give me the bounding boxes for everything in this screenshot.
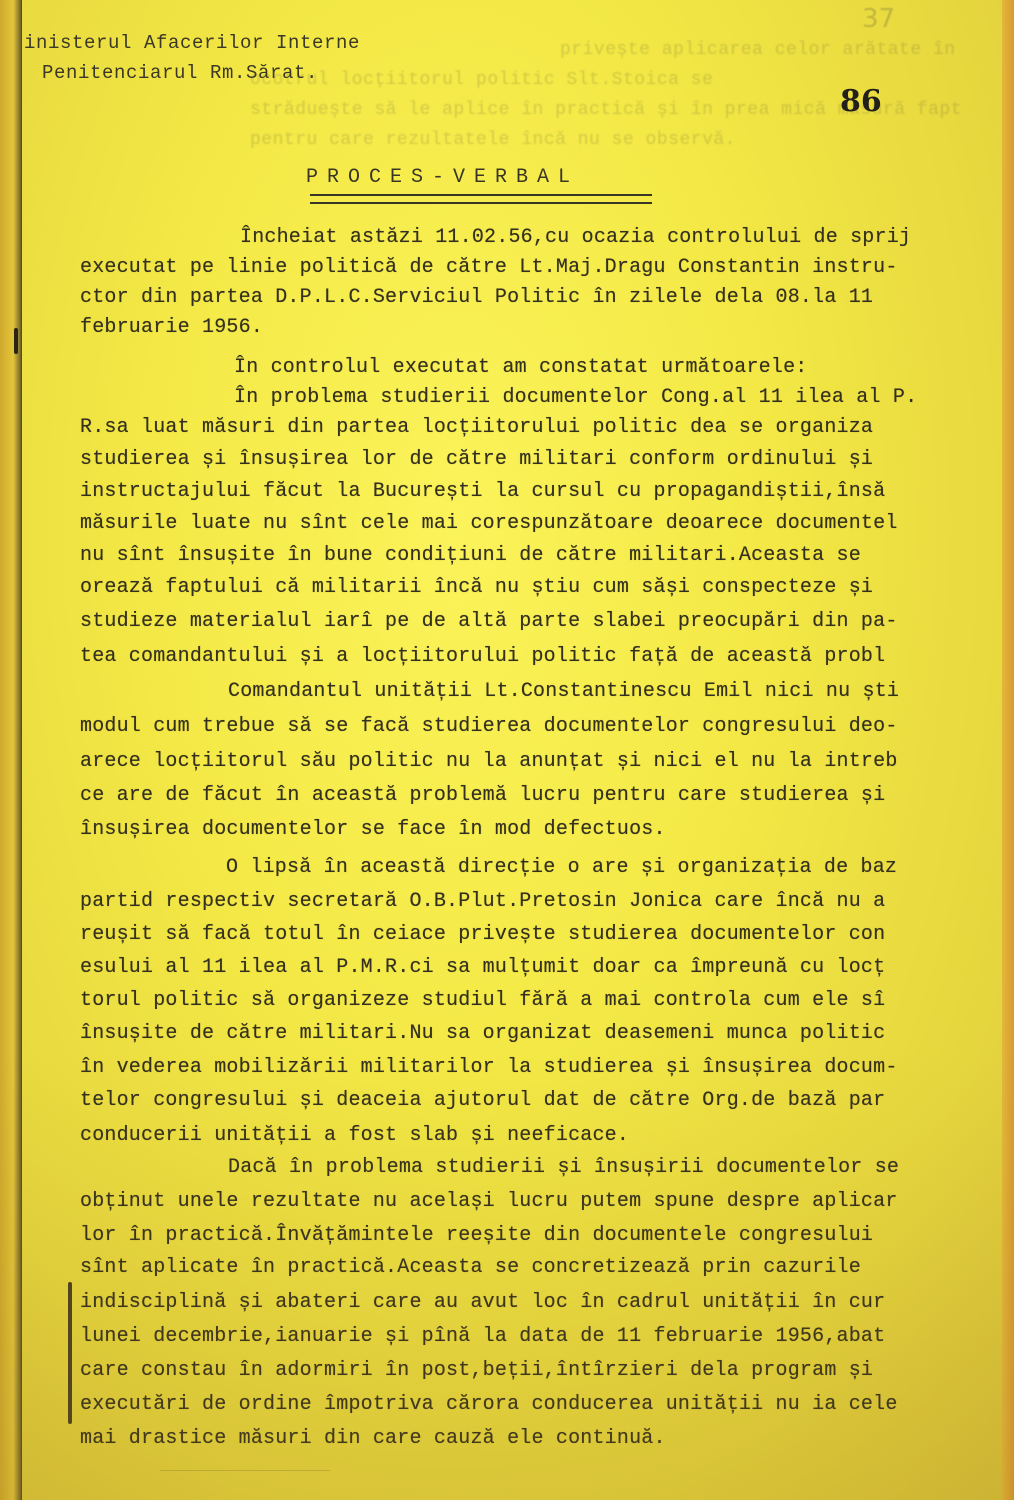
ministry-header: inisterul Afacerilor Interne: [24, 32, 360, 54]
body-line: Comandantul unității Lt.Constantinescu E…: [228, 680, 899, 703]
body-line: esului al 11 ilea al P.M.R.ci sa mulțumi…: [80, 956, 885, 979]
ghost-text-line: pentru care rezultatele încă nu se obser…: [250, 130, 736, 150]
body-line: însușite de către militari.Nu sa organiz…: [80, 1022, 885, 1045]
ghost-text-line: ocotrul locțiitorul politic Slt.Stoica s…: [250, 70, 713, 90]
body-line: studierea și însușirea lor de către mili…: [80, 448, 873, 471]
body-line: torul politic să organizeze studiul fără…: [80, 989, 885, 1012]
body-line: partid respectiv secretară O.B.Plut.Pret…: [80, 890, 885, 913]
body-line: februarie 1956.: [80, 316, 263, 339]
body-line: ctor din partea D.P.L.C.Serviciul Politi…: [80, 286, 873, 309]
body-line: executări de ordine împotriva cărora con…: [80, 1393, 898, 1416]
body-line: telor congresului și deaceia ajutorul da…: [80, 1089, 885, 1112]
body-line: indisciplină și abateri care au avut loc…: [80, 1291, 885, 1314]
body-line: Încheiat astăzi 11.02.56,cu ocazia contr…: [240, 226, 911, 249]
body-line: lor în practică.Învățămintele reeșite di…: [80, 1224, 873, 1247]
body-line: nu sînt însușite în bune condițiuni de c…: [80, 544, 861, 567]
ghost-underline: [160, 1452, 330, 1471]
body-line: studieze materialul iarî pe de altă part…: [80, 610, 898, 633]
binding-edge: [0, 0, 22, 1500]
body-line: în vederea mobilizării militarilor la st…: [80, 1056, 898, 1079]
page-right-edge: [1002, 0, 1014, 1500]
stamped-page-number: 86: [840, 84, 882, 119]
body-line: care constau în adormiri în post,beții,î…: [80, 1359, 873, 1382]
body-line: conducerii unității a fost slab și neefi…: [80, 1124, 629, 1147]
body-line: Dacă în problema studierii și însușirii …: [228, 1156, 899, 1179]
body-line: instructajului făcut la București la cur…: [80, 480, 885, 503]
body-line: În problema studierii documentelor Cong.…: [234, 386, 917, 409]
body-line: În controlul executat am constatat următ…: [234, 356, 808, 379]
body-line: lunei decembrie,ianuarie și pînă la data…: [80, 1325, 885, 1348]
institution-header: Penitenciarul Rm.Sărat.: [42, 62, 318, 84]
ghost-page-number: 37: [862, 4, 895, 34]
body-line: orează faptului că militarii încă nu ști…: [80, 576, 873, 599]
body-line: R.sa luat măsuri din partea locțiitorulu…: [80, 416, 873, 439]
title-underline: [310, 194, 652, 204]
binding-mark: [14, 328, 18, 354]
body-line: O lipsă în această direcție o are și org…: [226, 856, 897, 879]
body-line: reușit să facă totul în ceiace privește …: [80, 923, 885, 946]
body-line: modul cum trebue să se facă studierea do…: [80, 715, 898, 738]
body-line: mai drastice măsuri din care cauză ele c…: [80, 1427, 666, 1450]
body-line: executat pe linie politică de către Lt.M…: [80, 256, 898, 279]
document-title: PROCES-VERBAL: [306, 166, 579, 189]
body-line: obținut unele rezultate nu același lucru…: [80, 1190, 898, 1213]
scanned-document-page: 37 privește aplicarea celor arătate în o…: [0, 0, 1014, 1500]
body-line: sînt aplicate în practică.Aceasta se con…: [80, 1256, 861, 1279]
ghost-text-line: privește aplicarea celor arătate în: [560, 40, 956, 60]
body-line: ce are de făcut în această problemă lucr…: [80, 784, 885, 807]
body-line: arece locțiitorul său politic nu la anun…: [80, 750, 898, 773]
body-line: însușirea documentelor se face în mod de…: [80, 818, 666, 841]
body-line: tea comandantului și a locțiitorului pol…: [80, 645, 885, 668]
body-line: măsurile luate nu sînt cele mai corespun…: [80, 512, 898, 535]
margin-pencil-mark: [68, 1282, 72, 1424]
